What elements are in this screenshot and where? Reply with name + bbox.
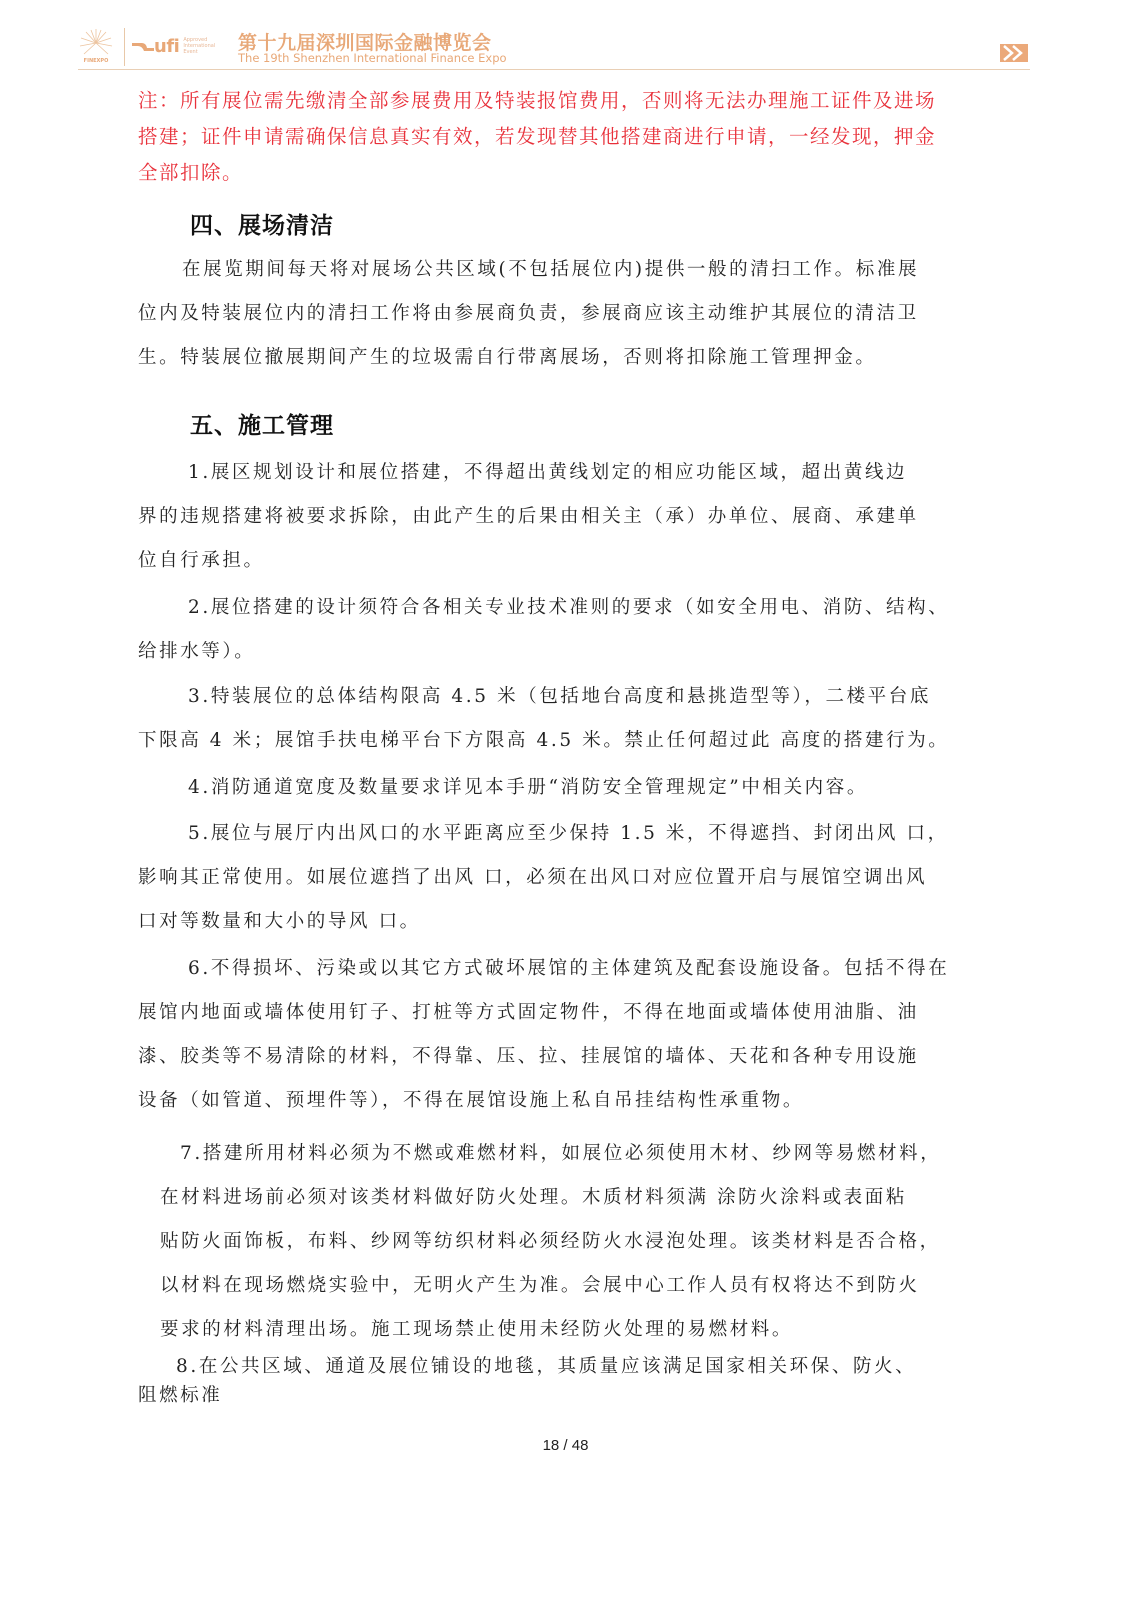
list-item-5: 5.展位与展厅内出风口的水平距离应至少保持 1.5 米，不得遮挡、封闭出风 口，… [138,812,949,944]
list-item-1: 1.展区规划设计和展位搭建，不得超出黄线划定的相应功能区域，超出黄线边 界的违规… [138,451,919,583]
svg-text:FINEXPO: FINEXPO [84,58,109,64]
page-number: 18 / 48 [0,1437,1131,1454]
text-line: 8.在公共区域、通道及展位铺设的地毯，其质量应该满足国家相关环保、防火、 [138,1345,916,1381]
header-rule [78,69,1030,70]
notice-line: 搭建；证件申请需确保信息真实有效，若发现替其他搭建商进行申请，一经发现，押金 [138,119,983,155]
ufi-approved-text: Approved International Event [183,37,217,55]
text-line: 7.搭建所用材料必须为不燃或难燃材料，如展位必须使用木材、纱网等易燃材料， [160,1132,941,1176]
double-chevron-right-icon[interactable] [1000,44,1028,62]
ufi-logo: ufi Approved International Event [132,36,217,56]
section-heading-cleaning: 四、展场清洁 [190,207,334,240]
ufi-swoosh-icon [132,41,154,51]
list-item-8: 8.在公共区域、通道及展位铺设的地毯，其质量应该满足国家相关环保、防火、 阻燃标… [138,1345,916,1411]
list-item-6: 6.不得损坏、污染或以其它方式破坏展馆的主体建筑及配套设施设备。包括不得在 展馆… [138,947,949,1123]
text-line: 漆、胶类等不易清除的材料，不得靠、压、拉、挂展馆的墙体、天花和各种专用设施 [138,1035,949,1079]
list-item-4: 4.消防通道宽度及数量要求详见本手册“消防安全管理规定”中相关内容。 [138,766,868,810]
text-line: 生。特装展位撤展期间产生的垃圾需自行带离展场，否则将扣除施工管理押金。 [138,336,919,380]
text-line: 在材料进场前必须对该类材料做好防火处理。木质材料须满 涂防火涂料或表面粘 [160,1176,941,1220]
logo-divider [124,28,125,66]
list-item-3: 3.特装展位的总体结构限高 4.5 米（包括地台高度和悬挑造型等），二楼平台底 … [138,675,949,763]
notice-line: 注：所有展位需先缴清全部参展费用及特装报馆费用，否则将无法办理施工证件及进场 [138,83,983,119]
finexpo-logo-icon: FINEXPO [78,28,114,66]
text-line: 阻燃标准 [138,1381,916,1411]
text-line: 设备（如管道、预埋件等），不得在展馆设施上私自吊挂结构性承重物。 [138,1079,949,1123]
text-line: 展馆内地面或墙体使用钉子、打桩等方式固定物件，不得在地面或墙体使用油脂、油 [138,991,949,1035]
text-line: 3.特装展位的总体结构限高 4.5 米（包括地台高度和悬挑造型等），二楼平台底 [138,675,949,719]
text-line: 口对等数量和大小的导风 口。 [138,900,949,944]
text-line: 在展览期间每天将对展场公共区域(不包括展位内)提供一般的清扫工作。标准展 [138,248,919,292]
text-line: 5.展位与展厅内出风口的水平距离应至少保持 1.5 米，不得遮挡、封闭出风 口， [138,812,949,856]
text-line: 以材料在现场燃烧实验中，无明火产生为准。会展中心工作人员有权将达不到防火 [160,1264,941,1308]
page-header: FINEXPO ufi Approved International Event… [0,0,1131,75]
text-line: 影响其正常使用。如展位遮挡了出风 口，必须在出风口对应位置开启与展馆空调出风 [138,856,949,900]
expo-title-en: The 19th Shenzhen International Finance … [238,51,507,65]
text-line: 2.展位搭建的设计须符合各相关专业技术准则的要求（如安全用电、消防、结构、 [138,586,949,630]
notice-line: 全部扣除。 [138,155,983,191]
text-line: 4.消防通道宽度及数量要求详见本手册“消防安全管理规定”中相关内容。 [138,766,868,810]
text-line: 下限高 4 米；展馆手扶电梯平台下方限高 4.5 米。禁止任何超过此 高度的搭建… [138,719,949,763]
text-line: 位自行承担。 [138,539,919,583]
list-item-7: 7.搭建所用材料必须为不燃或难燃材料，如展位必须使用木材、纱网等易燃材料， 在材… [160,1132,941,1352]
list-item-2: 2.展位搭建的设计须符合各相关专业技术准则的要求（如安全用电、消防、结构、 给排… [138,586,949,674]
text-line: 1.展区规划设计和展位搭建，不得超出黄线划定的相应功能区域，超出黄线边 [138,451,919,495]
paragraph-cleaning: 在展览期间每天将对展场公共区域(不包括展位内)提供一般的清扫工作。标准展 位内及… [138,248,919,380]
red-notice: 注：所有展位需先缴清全部参展费用及特装报馆费用，否则将无法办理施工证件及进场 搭… [138,83,983,191]
text-line: 贴防火面饰板，布料、纱网等纺织材料必须经防火水浸泡处理。该类材料是否合格， [160,1220,941,1264]
text-line: 给排水等）。 [138,630,949,674]
text-line: 界的违规搭建将被要求拆除，由此产生的后果由相关主（承）办单位、展商、承建单 [138,495,919,539]
ufi-text: ufi [154,36,179,57]
text-line: 位内及特装展位内的清扫工作将由参展商负责，参展商应该主动维护其展位的清洁卫 [138,292,919,336]
section-heading-construction: 五、施工管理 [190,407,334,440]
text-line: 6.不得损坏、污染或以其它方式破坏展馆的主体建筑及配套设施设备。包括不得在 [138,947,949,991]
